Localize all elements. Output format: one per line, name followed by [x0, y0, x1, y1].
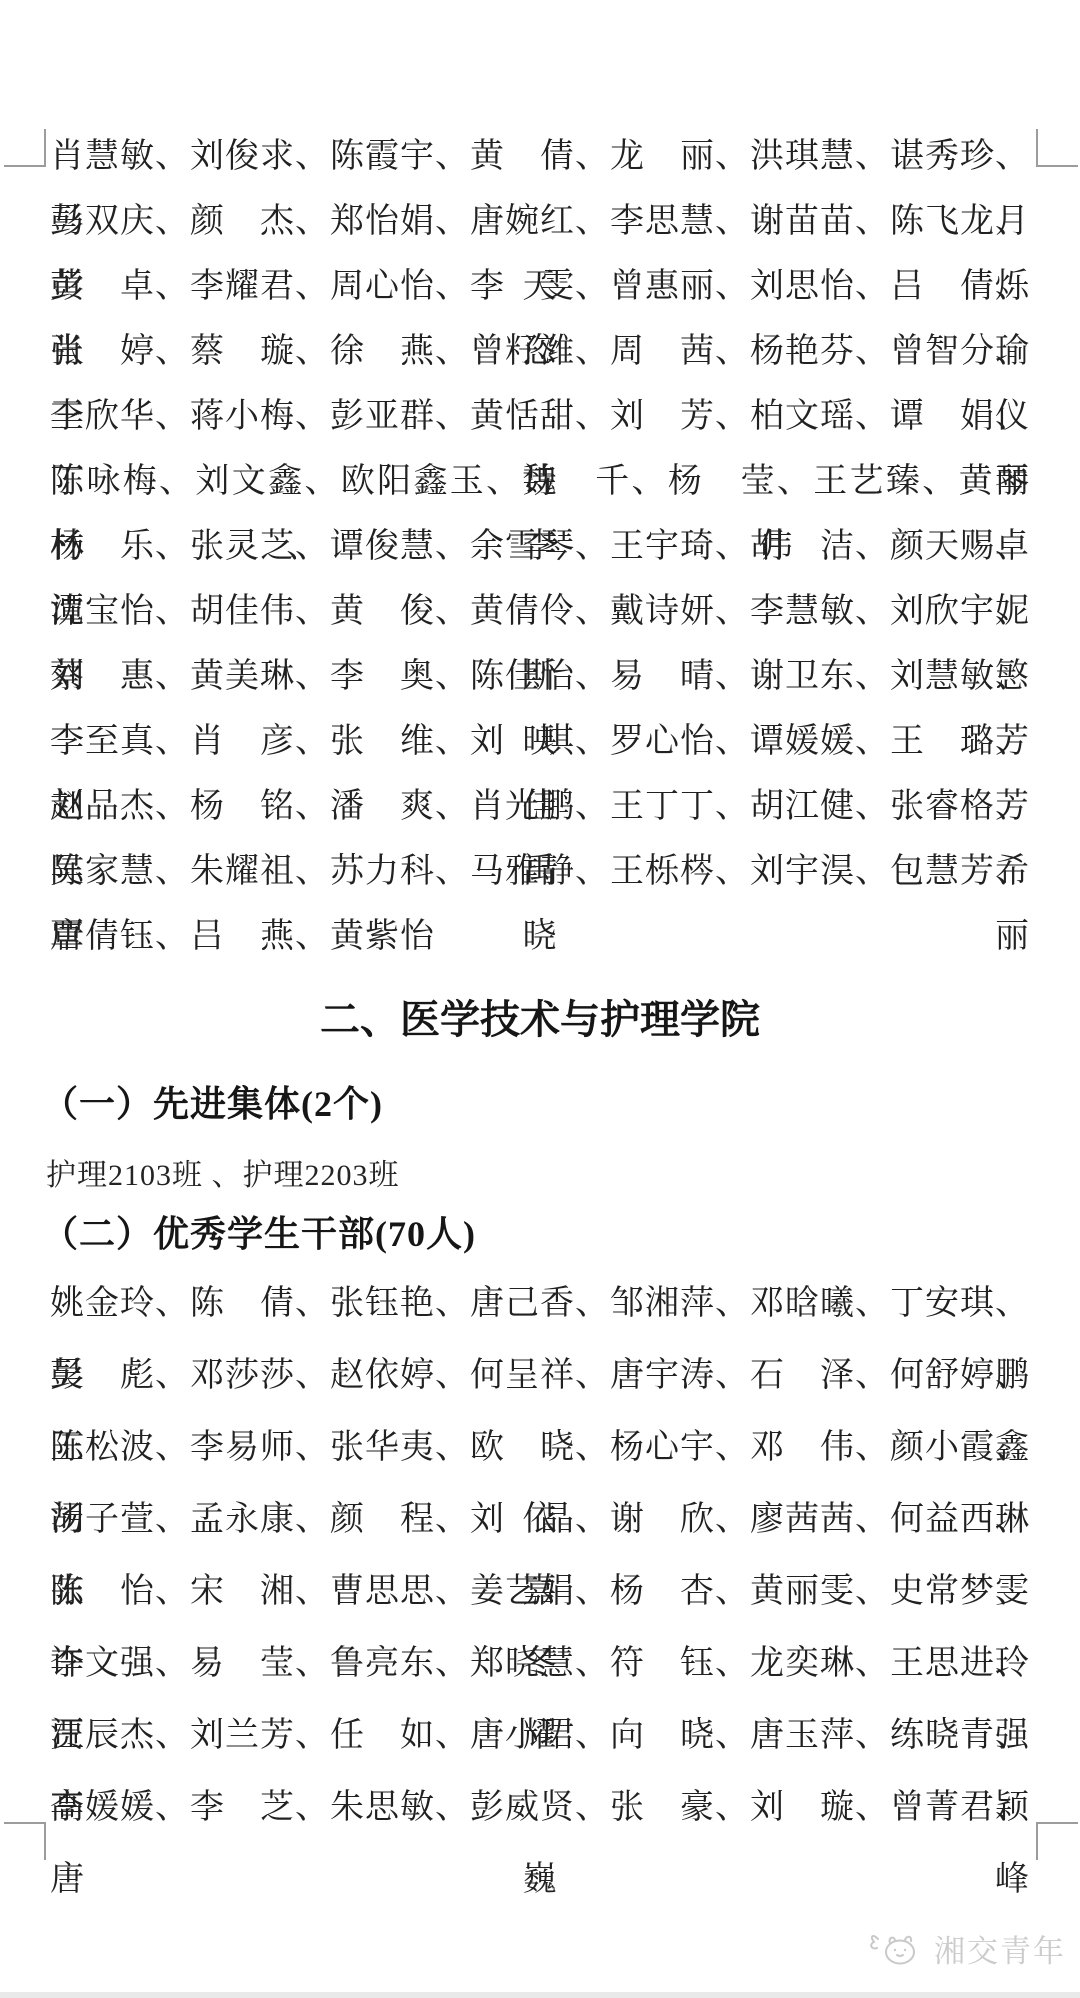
name-row: 杨 乐、张灵芝、谭俊慧、余雪琴、王宇琦、胡 洁、颜天赐、谭 妮	[50, 514, 1030, 579]
name-row: 李欣华、蒋小梅、彭亚群、黄恬甜、刘 芳、柏文瑶、谭 娟、丁诗琴	[50, 384, 1030, 449]
youth-league-mascot-icon	[868, 1927, 928, 1971]
name-row: 许文强、易 莹、鲁亮东、郑晓慧、符 钰、龙奕琳、王思进、贾耀强	[50, 1628, 1030, 1700]
name-row: 吴 彪、邓莎莎、赵依婷、何呈祥、唐宇涛、石 泽、何舒婷、陈 鑫	[50, 1340, 1030, 1412]
name-row: 张 怡、宋 湘、曹思思、姜艺娟、杨 杏、黄丽雯、史常梦、李冬玲	[50, 1556, 1030, 1628]
name-row: 沈宝怡、胡佳伟、黄 俊、黄倩伶、戴诗妍、李慧敏、刘欣宇、蔡斯慜	[50, 579, 1030, 644]
name-row: 汪辰杰、刘兰芳、任 如、唐小珺、向 晓、唐玉萍、练晓青、高 颖	[50, 1700, 1030, 1772]
section-heading: 二、医学技术与护理学院	[0, 988, 1080, 1045]
name-list-section2: 姚金玲、陈 倩、张钰艳、唐己香、邹湘萍、邓晗曦、丁安琪、彭 鹏 吴 彪、邓莎莎、…	[50, 1268, 1030, 1844]
crop-mark-top-right	[1036, 129, 1078, 167]
name-list-section1-continued: 肖慧敏、刘俊求、陈霞宇、黄 倩、龙 丽、洪琪慧、谌秀珍、彭 月 马双庆、颜 杰、…	[50, 124, 1030, 969]
crop-mark-top-left	[4, 129, 46, 167]
name-row: 姚金玲、陈 倩、张钰艳、唐己香、邹湘萍、邓晗曦、丁安琪、彭 鹏	[50, 1268, 1030, 1340]
subsection-heading-advanced-collectives: （一）先进集体(2个)	[42, 1076, 383, 1127]
document-page: 肖慧敏、刘俊求、陈霞宇、黄 倩、龙 丽、洪琪慧、谌秀珍、彭 月 马双庆、颜 杰、…	[0, 0, 1080, 1998]
name-row: 吴家慧、朱耀祖、苏力科、马雅静、王栎梣、刘宇淏、包慧芳、唐晓丽	[50, 839, 1030, 904]
name-row: 赵品杰、杨 铭、潘 爽、肖光鹏、王丁丁、胡江健、张睿格、陈禹希	[50, 774, 1030, 839]
name-row: 王松波、李易师、张华夷、欧 晓、杨心宇、邓 伟、颜小霞、汤依琳	[50, 1412, 1030, 1484]
name-row: 肖慧敏、刘俊求、陈霞宇、黄 倩、龙 丽、洪琪慧、谌秀珍、彭 月	[50, 124, 1030, 189]
watermark: 湘交青年	[868, 1926, 1066, 1971]
name-row: 李媛媛、李 芝、朱思敏、彭威贤、张 豪、刘 璇、曾菁君、唐巍峰	[50, 1772, 1030, 1844]
advanced-collectives-list: 护理2103班 、护理2203班	[46, 1150, 400, 1194]
name-row: 彭 卓、李耀君、周心怡、李 雯、曾惠丽、刘思怡、吕 倩、张恣瑜	[50, 254, 1030, 319]
crop-mark-bottom-right	[1036, 1822, 1078, 1860]
name-row: 李至真、肖 彦、张 维、刘 琪、罗心怡、谭媛媛、王 璐、刘佳芳	[50, 709, 1030, 774]
name-row: 胡子萱、孟永康、颜 程、刘 晶、谢 欣、廖茜茜、何益西、陈嘉雯	[50, 1484, 1030, 1556]
page-bottom-divider	[0, 1992, 1080, 1998]
name-row: 刘 惠、黄美琳、李 奥、陈佳怡、易 晴、谢卫东、刘慧敏、李映芳	[50, 644, 1030, 709]
name-row: 陈咏梅、刘文鑫、欧阳鑫玉、魏 千、杨 莹、王艺臻、黄丽林、李伟卓	[50, 449, 1030, 514]
name-row: 马双庆、颜 杰、郑怡娟、唐婉红、李思慧、谢苗苗、陈飞龙、黄天烁	[50, 189, 1030, 254]
name-row: 肖 婷、蔡 璇、徐 燕、曾籽潍、周 茜、杨艳芬、曾智分、王 仪	[50, 319, 1030, 384]
subsection-heading-outstanding-cadres: （二）优秀学生干部(70人)	[42, 1206, 476, 1257]
watermark-text: 湘交青年	[934, 1926, 1066, 1971]
crop-mark-bottom-left	[4, 1822, 46, 1860]
